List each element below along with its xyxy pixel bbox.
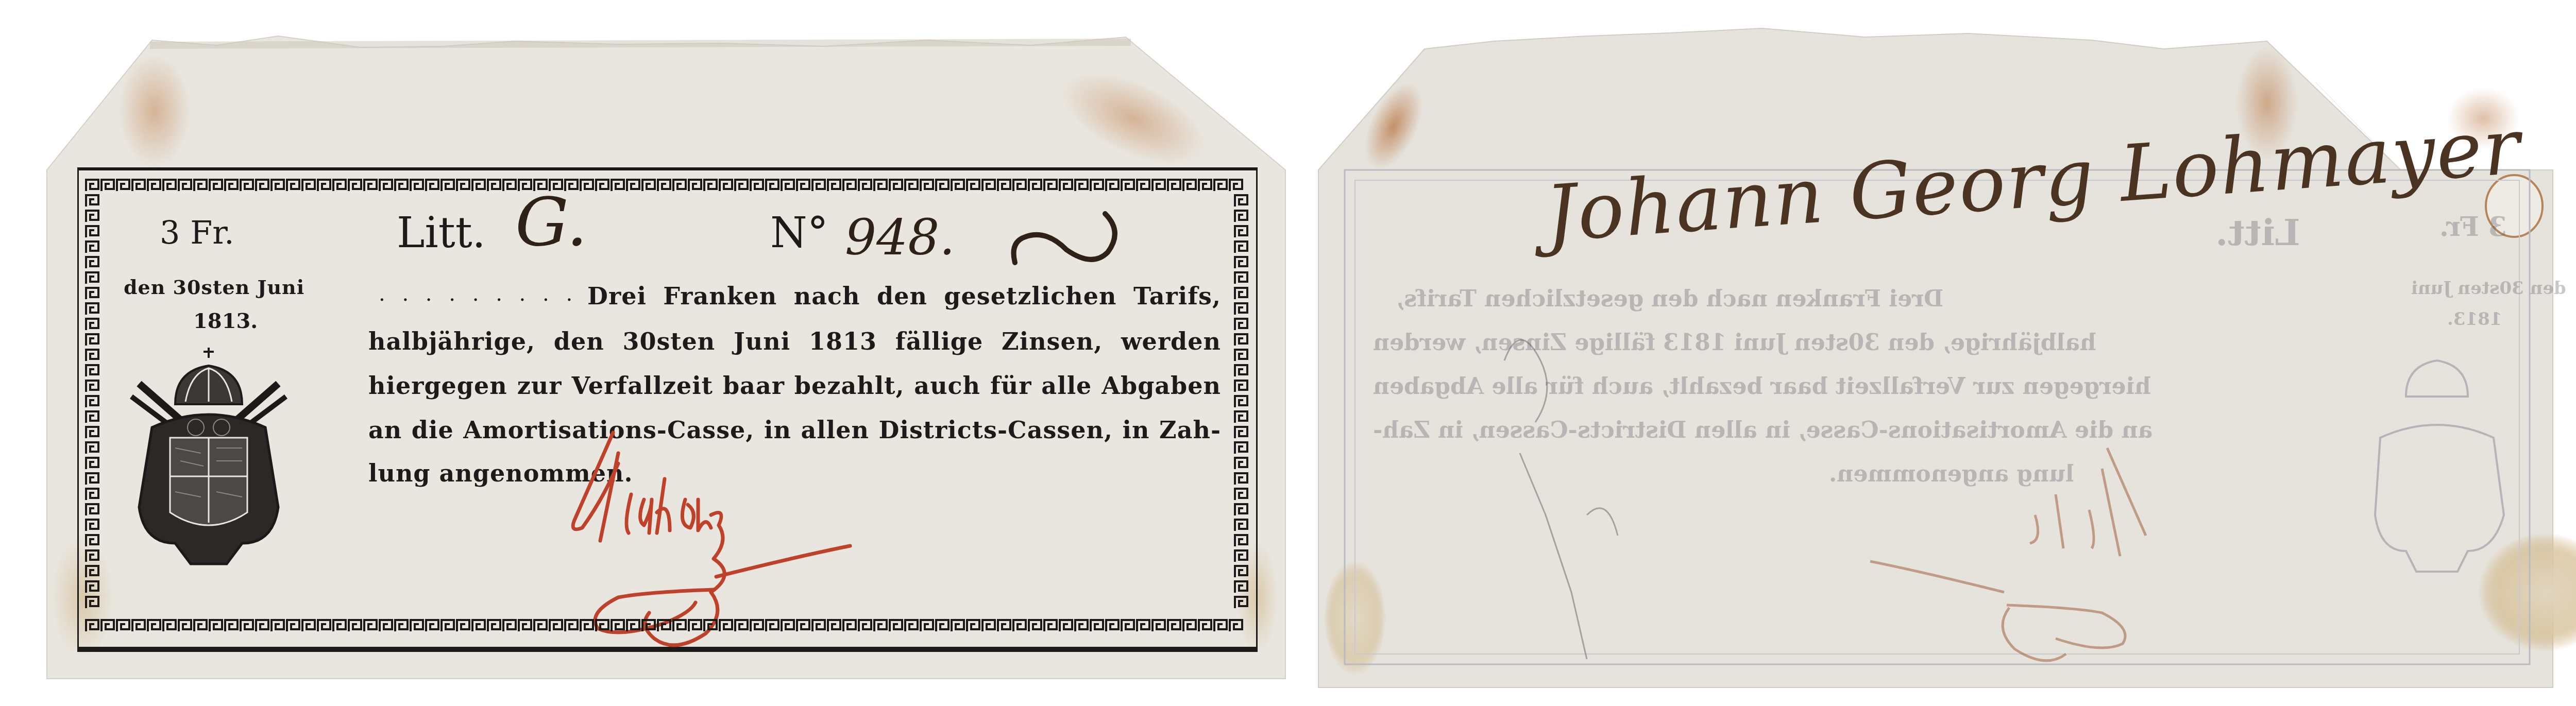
litt-label: Litt. [397,209,486,257]
show-through-line-5: lung angenommen. [1829,461,2074,487]
coupon-back: Drei Franken nach den gesetzlichen Tarif… [1298,0,2576,706]
show-through-line-3: hiergegen zur Verfallzeit baar bezahlt, … [1373,373,2151,400]
date-line: den 30sten Juni [124,275,304,299]
flourish-icon [1005,201,1128,273]
show-through-line-4: an die Amortisations-Casse, in allen Dis… [1373,417,2153,443]
coat-of-arms-icon [124,342,294,566]
show-through-line-1: Drei Franken nach den gesetzlichen Tarif… [1396,286,1943,312]
body-line-2: halbjährige, den 30sten Juni 1813 fällig… [368,328,1221,355]
denomination: 3 Fr. [160,214,234,251]
show-through-denomination: 3 Fr. [2439,211,2507,243]
litt-letter-handwritten: G. [515,183,588,261]
greek-key-strip [85,618,1247,633]
greek-key-strip [1234,193,1249,618]
coupon-front: 3 Fr. den 30sten Juni 1813. Litt. G. N° … [0,0,1298,706]
year: 1813. [193,309,258,333]
show-through-line-2: halbjährige, den 30sten Juni 1813 fällig… [1373,330,2096,356]
body-line-1: Drei Franken nach den gesetzlichen Tarif… [587,282,1221,310]
serial-number-handwritten: 948. [845,209,955,266]
show-through-date: den 30sten Juni [2411,278,2566,299]
body-line-3: hiergegen zur Verfallzeit baar bezahlt, … [368,372,1221,400]
greek-key-strip [85,178,1247,193]
show-through-litt: Litt. [2215,211,2300,254]
show-through-year: 1813. [2447,309,2502,330]
filler-dots: . . . . . . . . . [379,282,578,306]
number-prefix: N° [770,209,828,257]
greek-key-strip [85,193,100,618]
